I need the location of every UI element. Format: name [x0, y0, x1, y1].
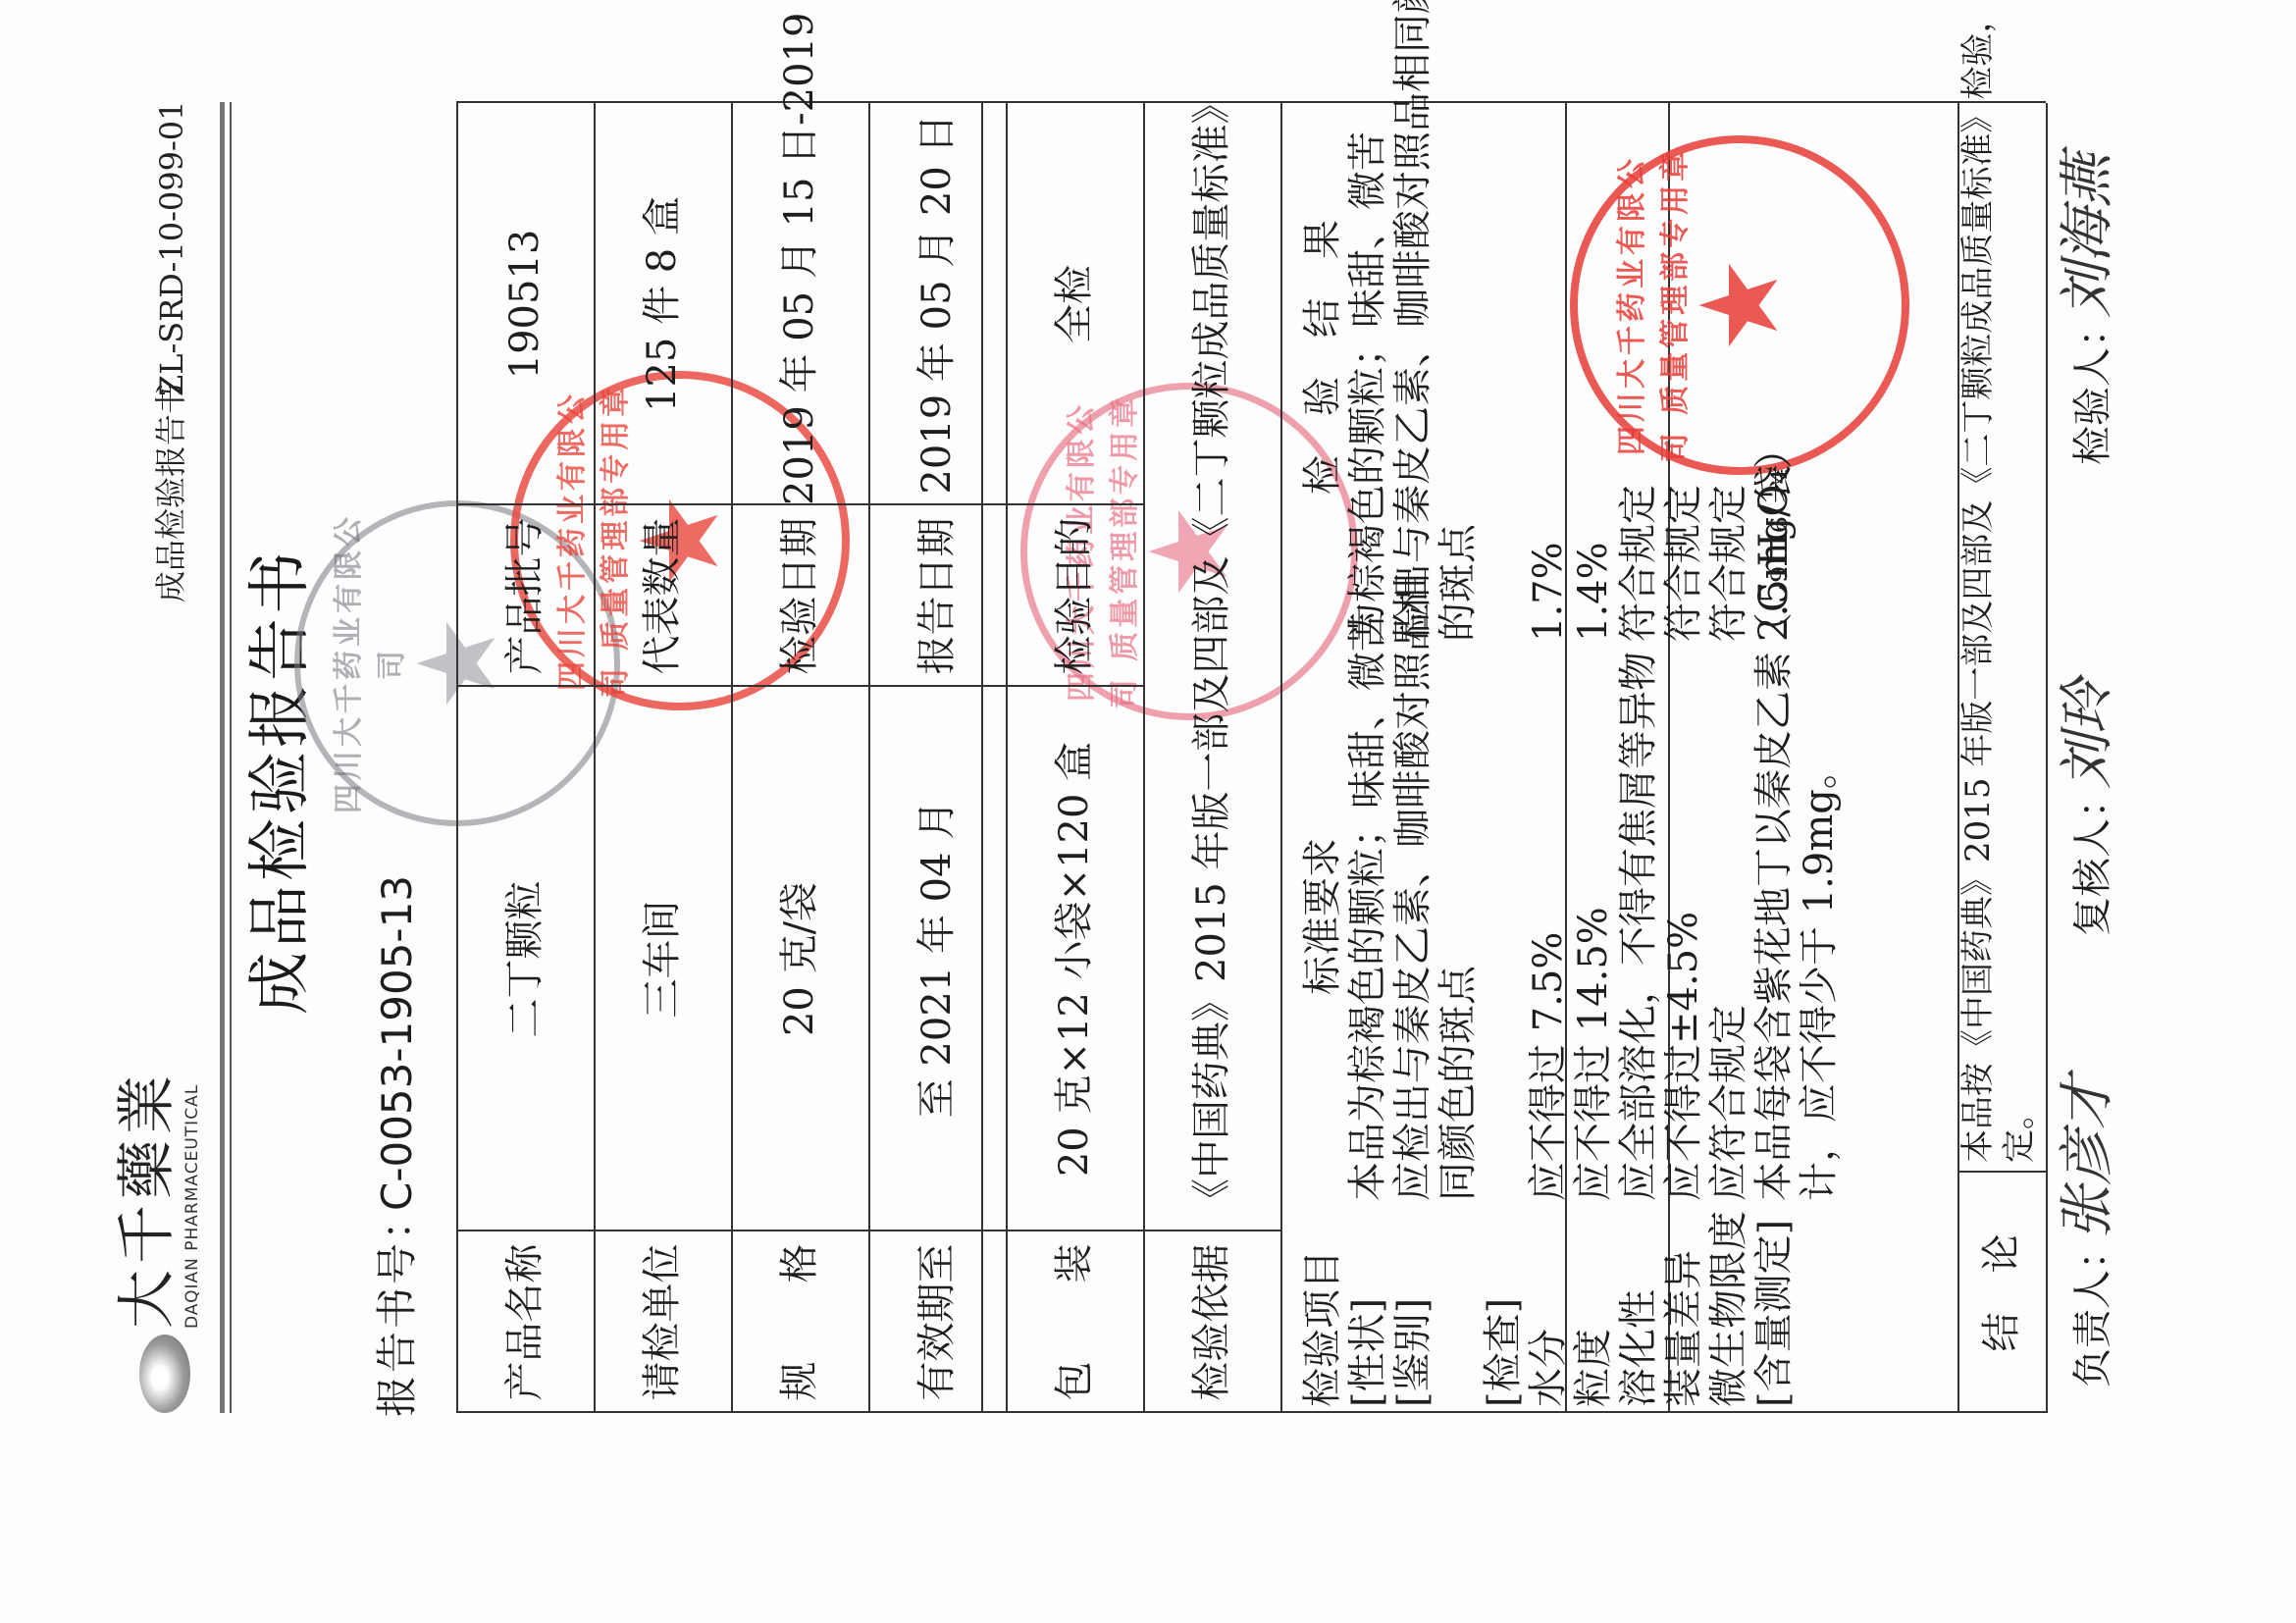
inspection-item-6: 装量差异: [1661, 1250, 1706, 1407]
daqian-logo-icon: [139, 1335, 190, 1413]
col-header-standard: 标准要求: [1300, 838, 1345, 995]
report-number-value: C-0053-1905-13: [373, 875, 422, 1211]
inspection-item-5: 溶化性: [1616, 1289, 1661, 1407]
star-icon: ★: [1686, 257, 1794, 354]
table-col-divider: [456, 1230, 1280, 1231]
quality-dept-seal-results: 四川大千药业有限公司 质量管理部专用章 ★: [1570, 135, 1909, 475]
info-right-value-4: 全检: [1052, 103, 1097, 505]
inspection-result-3: 1.7%: [1526, 542, 1571, 642]
inspection-standard-6: 应不得过±4.5%: [1661, 912, 1706, 1201]
info-right-value-3: 2019 年 05 月 20 日: [914, 103, 960, 505]
table-rule: [594, 103, 596, 1413]
table-border-left: [456, 1411, 2046, 1413]
conclusion-text: 本品按《中国药典》2015 年版一部及四部及《二丁颗粒成品质量标准》检验，结果符…: [1956, 0, 2001, 1163]
inspection-result-1: 检出与秦皮乙素、咖啡酸对照品相同颜色: [1390, 0, 1435, 642]
inspection-standard-0: 本品为棕褐色的颗粒；味甜、微苦: [1345, 612, 1390, 1201]
info-label-3: 有效期至: [914, 1231, 960, 1413]
info-right-label-2: 检验日期: [777, 505, 822, 687]
header-doc-type: 成品检验报告书: [151, 383, 190, 602]
inspection-standard-5: 应全部溶化，不得有焦屑等异物: [1616, 652, 1661, 1201]
info-right-value-0: 190513: [502, 103, 548, 505]
info-value-1: 三车间: [640, 687, 685, 1231]
conclusion-label: 结 论: [1979, 1173, 2024, 1413]
info-right-label-4: 检验目的: [1052, 505, 1097, 687]
inspection-item-1: [鉴别]: [1390, 1298, 1435, 1407]
info-value-3: 至 2021 年 04 月: [914, 687, 960, 1231]
inspection-result-0: 为棕褐色的颗粒；味甜、微苦: [1345, 131, 1390, 642]
inspection-standard-1: 应检出与秦皮乙素、咖啡酸对照品相: [1390, 573, 1435, 1201]
conclusion-text-cont: 定。: [1997, 1096, 2042, 1163]
info-right-label-1: 代表数量: [640, 505, 685, 687]
inspection-item-4: 粒度: [1571, 1329, 1616, 1407]
inspection-item-0: [性状]: [1345, 1298, 1390, 1407]
table-border-right: [456, 101, 2046, 103]
brand-name-cn: 大千藥業: [116, 1070, 179, 1329]
table-rule: [456, 103, 458, 1413]
table-rule: [1280, 103, 1282, 1413]
table-rule: [1006, 103, 1008, 1413]
signature-2: 刘海燕: [2057, 153, 2119, 318]
signature-role-1: 复核人：: [2070, 779, 2115, 936]
document-title: 成品检验报告书: [245, 548, 316, 1015]
inspection-item-3: 水分: [1526, 1329, 1571, 1407]
info-right-label-0: 产品批号: [502, 505, 548, 687]
inspection-standard-8: 计，应不得少于 1.9mg。: [1797, 750, 1842, 1201]
inspection-result-1: 的斑点: [1435, 524, 1481, 642]
signature-1: 刘玲: [2057, 679, 2119, 789]
inspection-result-8: 2.5mg/袋: [1751, 464, 1797, 642]
report-number-label: 报告书号：: [373, 1196, 422, 1417]
col-header-result: 检 验 结 果: [1300, 220, 1345, 495]
signature-role-2: 检验人：: [2070, 308, 2115, 465]
inspection-standard-1: 同颜色的斑点: [1435, 966, 1481, 1201]
inspection-result-4: 1.4%: [1571, 542, 1616, 642]
table-rule: [1143, 103, 1145, 1413]
info-label-0: 产品名称: [502, 1231, 548, 1413]
inspection-result-6: 符合规定: [1661, 485, 1706, 642]
info-value-4: 20 克×12 小袋×120 盒: [1052, 687, 1097, 1231]
form-code: ZL-SRD-10-099-01: [152, 100, 191, 396]
info-value-0: 二丁颗粒: [502, 687, 548, 1231]
inspection-report-page: 大千藥業 DAQIAN PHARMACEUTICAL 成品检验报告书 ZL-SR…: [0, 0, 2296, 1623]
inspection-standard-4: 应不得过 14.5%: [1571, 907, 1616, 1201]
inspection-result-7: 符合规定: [1706, 485, 1751, 642]
basis-value: 《中国药典》2015 年版一部及四部及《二丁颗粒成品质量标准》: [1189, 84, 1234, 1218]
info-right-value-1: 125 件 8 盒: [640, 103, 685, 505]
inspection-standard-3: 应不得过 7.5%: [1526, 932, 1571, 1201]
inspection-standard-7: 应符合规定: [1706, 1005, 1751, 1201]
header-rule: [230, 102, 232, 1413]
table-border-bottom: [2046, 103, 2048, 1413]
inspection-item-8: [含量测定]: [1751, 1220, 1797, 1407]
basis-label: 检验依据: [1189, 1231, 1234, 1413]
signature-0: 张彦才: [2057, 1075, 2119, 1240]
table-rule: [868, 103, 870, 1413]
header-rule: [220, 102, 225, 1413]
info-right-value-2: 2019 年 05 月 15 日-2019 年 05 月 20 日: [777, 103, 822, 505]
table-rule: [731, 103, 733, 1413]
brand-name-en: DAQIAN PHARMACEUTICAL: [183, 1084, 202, 1329]
col-header-item: 检验项目: [1300, 1250, 1345, 1407]
inspection-item-7: 微生物限度: [1706, 1211, 1751, 1407]
info-label-1: 请检单位: [640, 1231, 685, 1413]
inspection-item-2: [检查]: [1481, 1298, 1526, 1407]
inspection-result-5: 符合规定: [1616, 485, 1661, 642]
info-label-4: 包 装: [1052, 1231, 1097, 1413]
info-value-2: 20 克/袋: [777, 687, 822, 1231]
signature-role-0: 负责人：: [2070, 1230, 2115, 1387]
info-right-label-3: 报告日期: [914, 505, 960, 687]
info-label-2: 规 格: [777, 1231, 822, 1413]
